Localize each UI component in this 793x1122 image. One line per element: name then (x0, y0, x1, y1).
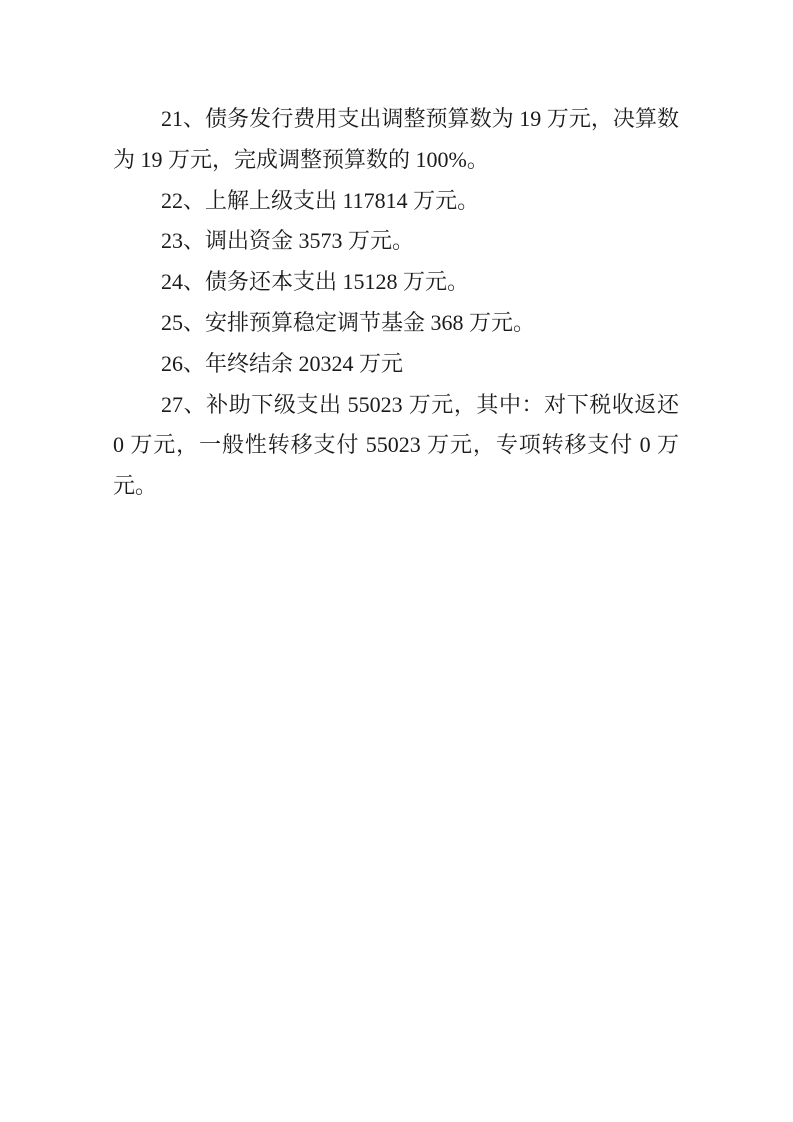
document-body: 21、债务发行费用支出调整预算数为 19 万元，决算数为 19 万元，完成调整预… (113, 99, 679, 507)
paragraph-item-22: 22、上解上级支出 117814 万元。 (113, 181, 679, 222)
paragraph-item-23: 23、调出资金 3573 万元。 (113, 221, 679, 262)
paragraph-item-26: 26、年终结余 20324 万元 (113, 344, 679, 385)
document-page: 21、债务发行费用支出调整预算数为 19 万元，决算数为 19 万元，完成调整预… (0, 0, 793, 1122)
paragraph-item-25: 25、安排预算稳定调节基金 368 万元。 (113, 303, 679, 344)
paragraph-item-24: 24、债务还本支出 15128 万元。 (113, 262, 679, 303)
paragraph-item-21: 21、债务发行费用支出调整预算数为 19 万元，决算数为 19 万元，完成调整预… (113, 99, 679, 181)
paragraph-item-27: 27、补助下级支出 55023 万元，其中：对下税收返还 0 万元，一般性转移支… (113, 385, 679, 507)
